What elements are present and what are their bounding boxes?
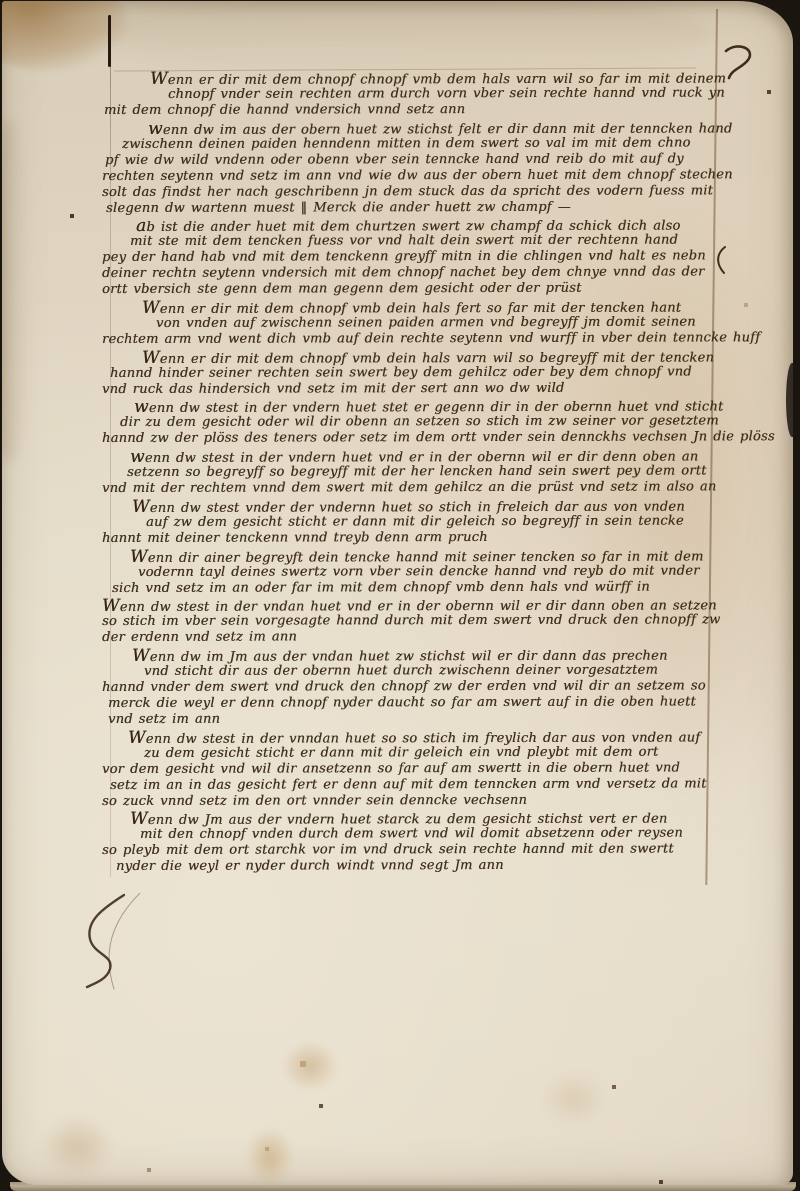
- manuscript-line: pf wie dw wild vndenn oder obenn vber se…: [105, 151, 750, 169]
- manuscript-line: wenn dw stest in der vndern huet vnd er …: [130, 448, 750, 466]
- manuscript-line: mit dem chnopf die hannd vndersich vnnd …: [104, 101, 750, 119]
- manuscript-line: solt das findst her nach geschribenn jn …: [102, 183, 750, 201]
- foxing-spot: [282, 1041, 338, 1091]
- manuscript-line: nyder die weyl er nyder durch windt vnnd…: [116, 858, 750, 876]
- foxing-spot: [542, 1073, 606, 1125]
- manuscript-line: Wenn er dir mit dem chnopf chnopf vmb de…: [150, 69, 750, 87]
- manuscript-paragraph: Wenn dw stest in der vnndan huet so so s…: [102, 730, 750, 810]
- manuscript-line: zu dem gesicht sticht er dann mit dir ge…: [144, 744, 750, 762]
- manuscript-paragraph: wenn dw im aus der obern huet zw stichst…: [102, 121, 750, 217]
- manuscript-photo: Wenn er dir mit dem chnopf chnopf vmb de…: [0, 0, 800, 1191]
- manuscript-line: Wenn dw im Jm aus der vndan huet zw stic…: [132, 646, 750, 664]
- top-tinge: [92, 1, 712, 71]
- manuscript-paragraph: Wenn dir ainer begreyft dein tencke hann…: [102, 549, 750, 597]
- manuscript-line: Wenn dw stest in der vnndan huet so so s…: [128, 728, 750, 746]
- manuscript-line: hannt mit deiner tenckenn vnnd treyb den…: [102, 529, 750, 547]
- manuscript-paragraph: Wenn dw stest in der vndan huet vnd er i…: [102, 598, 750, 646]
- manuscript-line: merck die weyl er denn chnopf nyder dauc…: [108, 694, 750, 712]
- manuscript-paragraph: wenn dw stest in der vndern huet vnd er …: [102, 449, 750, 497]
- manuscript-line: Wenn dw stest vnder der vndernn huet so …: [132, 497, 750, 515]
- manuscript-paragraph: Wenn er dir mit dem chnopf vmb dein hals…: [102, 350, 750, 398]
- manuscript-line: Wenn dw Jm aus der vndern huet starck zu…: [130, 810, 750, 828]
- manuscript-line: vnd ruck das hindersich vnd setz im mit …: [102, 380, 750, 398]
- parchment-page: Wenn er dir mit dem chnopf chnopf vmb de…: [2, 1, 793, 1185]
- manuscript-line: vnd sticht dir aus der obernn huet durch…: [144, 662, 750, 680]
- manuscript-line: Wenn er dir mit dem chnopf vmb dein hals…: [142, 298, 750, 316]
- manuscript-paragraph: Wenn er dir mit dem chnopf vmb dein hals…: [102, 300, 750, 348]
- manuscript-line: der erdenn vnd setz im ann: [102, 628, 750, 646]
- foxing-spot: [246, 1127, 294, 1185]
- corner-stain: [2, 1, 128, 71]
- manuscript-line: sich vnd setz im an oder far im mit dem …: [112, 579, 750, 597]
- manuscript-paragraph: Wenn er dir mit dem chnopf chnopf vmb de…: [102, 71, 750, 119]
- left-edge-shading: [2, 121, 26, 461]
- left-ruling-stroke: [108, 15, 111, 67]
- manuscript-paragraph: Wenn dw im Jm aus der vndan huet zw stic…: [102, 648, 750, 728]
- manuscript-line: Wenn dw stest in der vndan huet vnd er i…: [102, 596, 750, 614]
- manuscript-line: rechtem arm vnd went dich vmb auf dein r…: [102, 330, 750, 348]
- manuscript-paragraph: wenn dw stest in der vndern huet stet er…: [102, 399, 750, 447]
- manuscript-line: so zuck vnnd setz im den ort vnnder sein…: [102, 792, 750, 810]
- manuscript-line: setzenn so begreyff so begreyff mit der …: [127, 463, 750, 481]
- manuscript-line: wenn dw im aus der obern huet zw stichst…: [148, 119, 750, 137]
- manuscript-line: hannd vnder dem swert vnd druck den chno…: [102, 678, 750, 696]
- manuscript-line: von vnden auf zwischenn seinen paiden ar…: [156, 315, 750, 333]
- manuscript-paragraph: ab ist die ander huet mit dem churtzen s…: [102, 218, 750, 298]
- manuscript-line: hannd hinder seiner rechten sein swert b…: [110, 364, 750, 382]
- manuscript-line: vnd setz im ann: [108, 710, 750, 728]
- manuscript-line: chnopf vnder sein rechten arm durch vorn…: [168, 85, 750, 103]
- manuscript-paragraph: Wenn dw Jm aus der vndern huet starck zu…: [102, 811, 750, 875]
- pen-flourish-icon: [78, 893, 168, 993]
- foxing-spot: [40, 1115, 114, 1179]
- manuscript-paragraph: Wenn dw stest vnder der vndernn huet so …: [102, 499, 750, 547]
- manuscript-text-block: Wenn er dir mit dem chnopf chnopf vmb de…: [102, 71, 750, 875]
- manuscript-line: hannd zw der plöss des teners oder setz …: [102, 430, 750, 448]
- manuscript-line: Wenn er dir mit dem chnopf vmb dein hals…: [142, 348, 750, 366]
- manuscript-line: auf zw dem gesicht sticht er dann mit di…: [146, 513, 750, 531]
- manuscript-line: vodernn tayl deines swertz vorn vber sei…: [138, 563, 750, 581]
- manuscript-line: rechten seytenn vnd setz im ann vnd wie …: [102, 167, 750, 185]
- manuscript-line: ortt vbersich ste genn dem man gegenn de…: [102, 281, 750, 299]
- manuscript-line: slegenn dw wartenn muest ‖ Merck die and…: [106, 199, 750, 217]
- ink-specks: [2, 1, 4, 3]
- manuscript-line: vor dem gesicht vnd wil dir ansetzenn so…: [102, 760, 750, 778]
- page-edge-notch: [786, 363, 793, 437]
- manuscript-line: zwischenn deinen paiden henndenn mitten …: [122, 135, 750, 153]
- manuscript-line: Wenn dir ainer begreyft dein tencke hann…: [130, 547, 750, 565]
- manuscript-line: vnd mit der rechtem vnnd dem swert mit d…: [102, 479, 750, 497]
- manuscript-line: setz im an in das gesicht fert er denn a…: [110, 776, 750, 794]
- manuscript-line: so stich im vber sein vorgesagte hannd d…: [102, 612, 750, 630]
